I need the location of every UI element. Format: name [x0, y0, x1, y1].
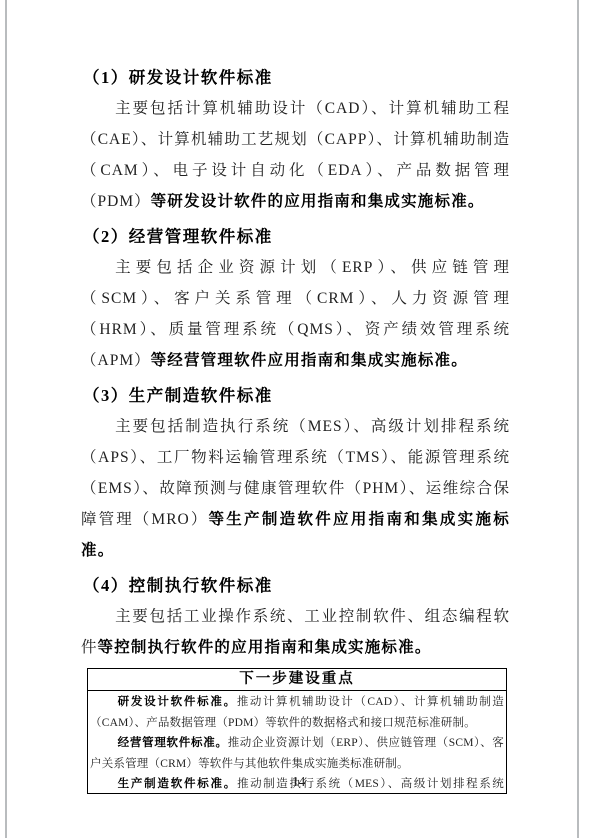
- section-3: （3）生产制造软件标准 主要包括制造执行系统（MES）、高级计划排程系统（APS…: [81, 380, 510, 566]
- table-row-management-label: 经营管理软件标准。: [118, 737, 228, 749]
- table-row-rd-design: 研发设计软件标准。推动计算机辅助设计（CAD）、计算机辅助制造（CAM）、产品数…: [90, 692, 504, 733]
- document-page: （1）研发设计软件标准 主要包括计算机辅助设计（CAD）、计算机辅助工程（CAE…: [81, 58, 510, 794]
- section-2-paragraph: 主要包括企业资源计划（ERP）、供应链管理（SCM）、客户关系管理（CRM）、人…: [81, 252, 510, 376]
- section-2-heading: （2）经营管理软件标准: [83, 221, 510, 252]
- section-4-bold-tail: 等控制执行软件的应用指南和集成实施标准。: [98, 639, 432, 656]
- next-steps-table-title: 下一步建设重点: [88, 669, 506, 691]
- section-1-paragraph: 主要包括计算机辅助设计（CAD）、计算机辅助工程（CAE）、计算机辅助工艺规划（…: [81, 93, 510, 217]
- page-number: 14: [0, 772, 597, 792]
- section-2: （2）经营管理软件标准 主要包括企业资源计划（ERP）、供应链管理（SCM）、客…: [81, 221, 510, 376]
- page-edge-left: [5, 0, 7, 838]
- page-edge-right: [577, 0, 579, 838]
- section-1-bold-tail: 等研发设计软件的应用指南和集成实施标准。: [151, 193, 485, 210]
- section-3-paragraph: 主要包括制造执行系统（MES）、高级计划排程系统（APS）、工厂物料运输管理系统…: [81, 411, 510, 566]
- section-1: （1）研发设计软件标准 主要包括计算机辅助设计（CAD）、计算机辅助工程（CAE…: [81, 62, 510, 217]
- table-row-rd-design-label: 研发设计软件标准。: [118, 696, 237, 708]
- section-2-bold-tail: 等经营管理软件应用指南和集成实施标准。: [151, 352, 468, 369]
- section-4: （4）控制执行软件标准 主要包括工业操作系统、工业控制软件、组态编程软件等控制执…: [81, 570, 510, 663]
- table-row-management: 经营管理软件标准。推动企业资源计划（ERP）、供应链管理（SCM）、客户关系管理…: [90, 733, 504, 774]
- section-4-paragraph: 主要包括工业操作系统、工业控制软件、组态编程软件等控制执行软件的应用指南和集成实…: [81, 601, 510, 663]
- section-4-heading: （4）控制执行软件标准: [83, 570, 510, 601]
- section-3-heading: （3）生产制造软件标准: [83, 380, 510, 411]
- section-1-heading: （1）研发设计软件标准: [83, 62, 510, 93]
